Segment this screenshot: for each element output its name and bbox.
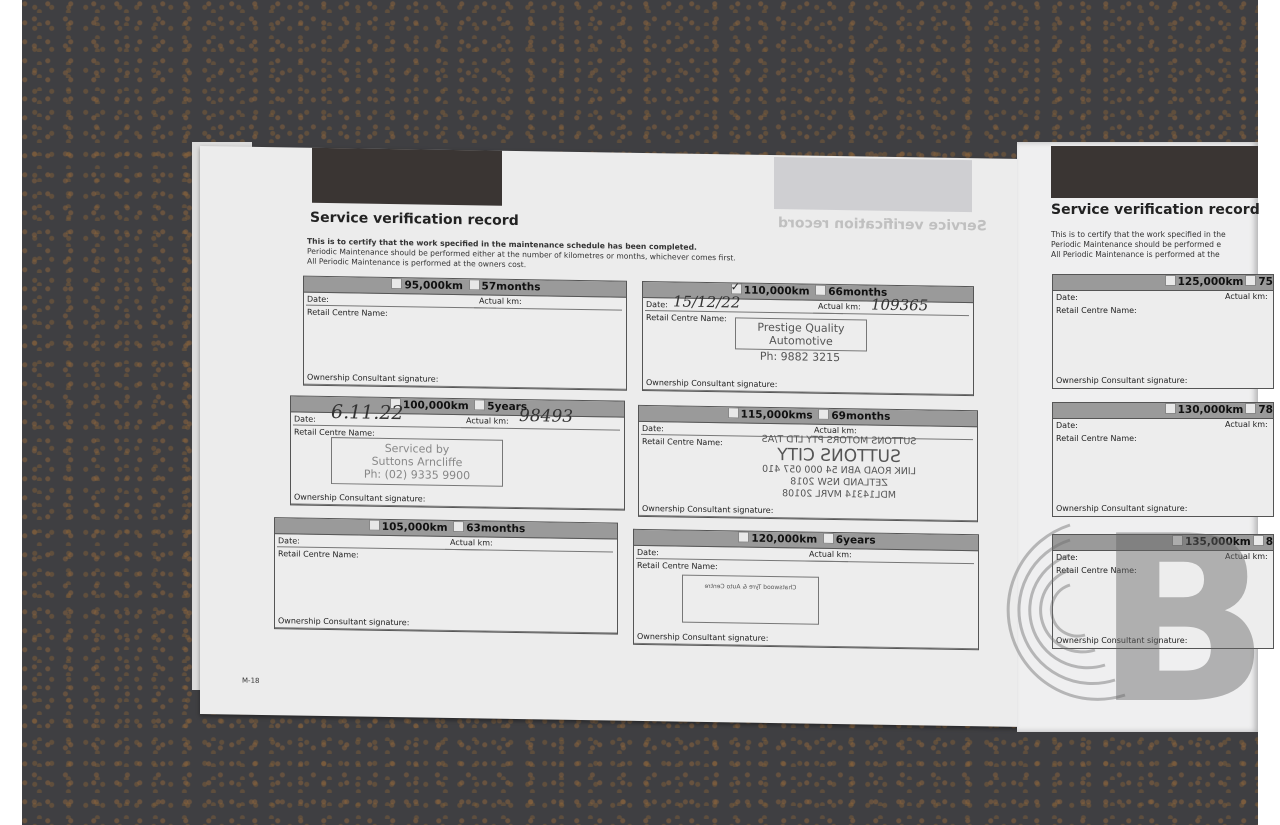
signature-label: Ownership Consultant signature: xyxy=(642,504,773,515)
km-label: 115,000kms xyxy=(741,408,813,421)
km-label: 135,000km xyxy=(1185,536,1251,548)
retail-centre-label: Retail Centre Name: xyxy=(1056,306,1273,315)
period-checkbox[interactable] xyxy=(1245,275,1256,286)
intro-text: This is to certify that the work specifi… xyxy=(1051,230,1258,260)
date-label: Date: xyxy=(1056,553,1078,562)
signature-label: Ownership Consultant signature: xyxy=(1056,376,1187,385)
signature-label: Ownership Consultant signature: xyxy=(294,492,425,503)
signature-label: Ownership Consultant signature: xyxy=(637,632,768,643)
bleed-through-stamp: Chatswood Tyre & Auto Centre xyxy=(682,575,819,625)
service-box-130000: 130,000km78 Date:Actual km: Retail Centr… xyxy=(1052,402,1274,517)
service-box-125000: 125,000km75 Date:Actual km: Retail Centr… xyxy=(1052,274,1274,389)
actual-km-label: Actual km: xyxy=(1225,420,1268,429)
signature-label: Ownership Consultant signature: xyxy=(646,378,777,389)
bleed-through-title: Service verification record xyxy=(778,215,987,234)
period-checkbox[interactable] xyxy=(815,285,826,296)
period-label: 69months xyxy=(831,410,890,423)
service-box-header: 135,000km8 xyxy=(1053,535,1273,551)
km-checkbox[interactable] xyxy=(369,520,380,531)
stamp-line: MDL14314 MVRL 20108 xyxy=(729,487,949,502)
service-box-115000: 115,000kms 69months Date:Actual km: Reta… xyxy=(638,405,978,522)
period-checkbox[interactable] xyxy=(469,279,480,290)
km-checkbox[interactable] xyxy=(738,531,749,542)
km-label: 125,000km xyxy=(1178,276,1244,288)
km-checkbox[interactable] xyxy=(1165,403,1176,414)
service-box-header: 130,000km78 xyxy=(1053,403,1273,419)
date-label: Date: xyxy=(637,548,659,557)
page-number: M-18 xyxy=(242,677,259,685)
handwritten-km: 109365 xyxy=(871,296,928,315)
booklet-right-page: Service verification record This is to c… xyxy=(1017,142,1258,732)
signature-label: Ownership Consultant signature: xyxy=(278,616,409,627)
date-label: Date: xyxy=(1056,293,1078,302)
service-box-100000: 100,000km 5years Date:Actual km: 6.11.22… xyxy=(290,395,625,510)
stamp-line: Automotive xyxy=(736,333,866,348)
period-label: 78 xyxy=(1258,404,1273,416)
handwritten-date: 15/12/22 xyxy=(673,292,740,311)
intro-line: This is to certify that the work specifi… xyxy=(1051,230,1258,240)
service-box-120000: 120,000km 6years Date:Actual km: Retail … xyxy=(633,529,979,650)
km-label: 120,000km xyxy=(751,533,817,546)
intro-line: All Periodic Maintenance is performed at… xyxy=(1051,250,1258,260)
period-checkbox[interactable] xyxy=(823,533,834,544)
dealer-stamp: Prestige Quality Automotive xyxy=(735,317,867,351)
dealer-stamp: Serviced by Suttons Arncliffe Ph: (02) 9… xyxy=(331,437,503,487)
km-label: 105,000km xyxy=(382,521,448,534)
page-header-tab xyxy=(312,148,502,206)
date-label: Date: xyxy=(1056,421,1078,430)
actual-km-label: Actual km: xyxy=(450,538,493,548)
actual-km-label: Actual km: xyxy=(1225,292,1268,301)
signature-label: Ownership Consultant signature: xyxy=(1056,636,1187,645)
signature-label: Ownership Consultant signature: xyxy=(307,373,438,384)
page-title: Service verification record xyxy=(310,210,519,229)
period-label: 75 xyxy=(1258,276,1273,288)
period-label: 8 xyxy=(1266,536,1273,548)
period-checkbox[interactable] xyxy=(474,399,485,410)
km-checkbox[interactable] xyxy=(391,278,402,289)
frame-edge-left xyxy=(0,0,22,825)
page-header-tab xyxy=(1051,146,1258,198)
actual-km-label: Actual km: xyxy=(818,302,861,312)
retail-centre-label: Retail Centre Name: xyxy=(1056,566,1273,575)
km-label: 130,000km xyxy=(1178,404,1244,416)
bleed-through-tab xyxy=(774,157,972,212)
handwritten-km: 98493 xyxy=(519,406,573,427)
service-box-110000: 110,000km 66months Date:Actual km: 15/12… xyxy=(642,281,974,396)
km-label: 100,000km xyxy=(403,399,469,412)
period-label: 6years xyxy=(836,534,876,547)
km-label: 110,000km xyxy=(744,285,810,298)
retail-centre-label: Retail Centre Name: xyxy=(1056,434,1273,443)
period-checkbox[interactable] xyxy=(818,409,829,420)
service-box-header: 125,000km75 xyxy=(1053,275,1273,291)
intro-text: This is to certify that the work specifi… xyxy=(307,237,736,274)
period-checkbox[interactable] xyxy=(1245,403,1256,414)
stamp-phone: Ph: 9882 3215 xyxy=(735,349,865,364)
handwritten-date: 6.11.22 xyxy=(331,401,404,424)
actual-km-label: Actual km: xyxy=(479,296,522,306)
km-checkbox[interactable] xyxy=(1172,535,1183,546)
date-label: Date: xyxy=(278,536,300,545)
booklet-left-page: Service verification record Service veri… xyxy=(200,146,1022,727)
date-label: Date: xyxy=(307,295,329,304)
km-checkbox[interactable] xyxy=(728,407,739,418)
actual-km-label: Actual km: xyxy=(809,550,852,560)
period-checkbox[interactable] xyxy=(453,521,464,532)
actual-km-label: Actual km: xyxy=(466,416,509,426)
km-label: 95,000km xyxy=(404,279,462,292)
stamp-line: Chatswood Tyre & Auto Centre xyxy=(683,582,818,593)
stamp-line: Ph: (02) 9335 9900 xyxy=(332,467,502,483)
date-label: Date: xyxy=(642,424,664,433)
period-label: 57months xyxy=(482,280,541,293)
intro-line: Periodic Maintenance should be performed… xyxy=(1051,240,1258,250)
date-label: Date: xyxy=(294,414,316,423)
period-label: 63months xyxy=(466,522,525,535)
service-box-105000: 105,000km 63months Date:Actual km: Retai… xyxy=(274,517,618,634)
period-checkbox[interactable] xyxy=(1253,535,1264,546)
page-title: Service verification record xyxy=(1051,202,1260,218)
service-box-135000: 135,000km8 Date:Actual km: Retail Centre… xyxy=(1052,534,1274,649)
km-checkbox[interactable] xyxy=(1165,275,1176,286)
bleed-through-stamp: SUTTONS MOTORS PTY LTD T/AS SUTTONS CITY… xyxy=(729,433,949,502)
signature-label: Ownership Consultant signature: xyxy=(1056,504,1187,513)
actual-km-label: Actual km: xyxy=(1225,552,1268,561)
service-box-95000: 95,000km 57months Date:Actual km: Retail… xyxy=(303,276,627,391)
date-label: Date: xyxy=(646,300,668,309)
